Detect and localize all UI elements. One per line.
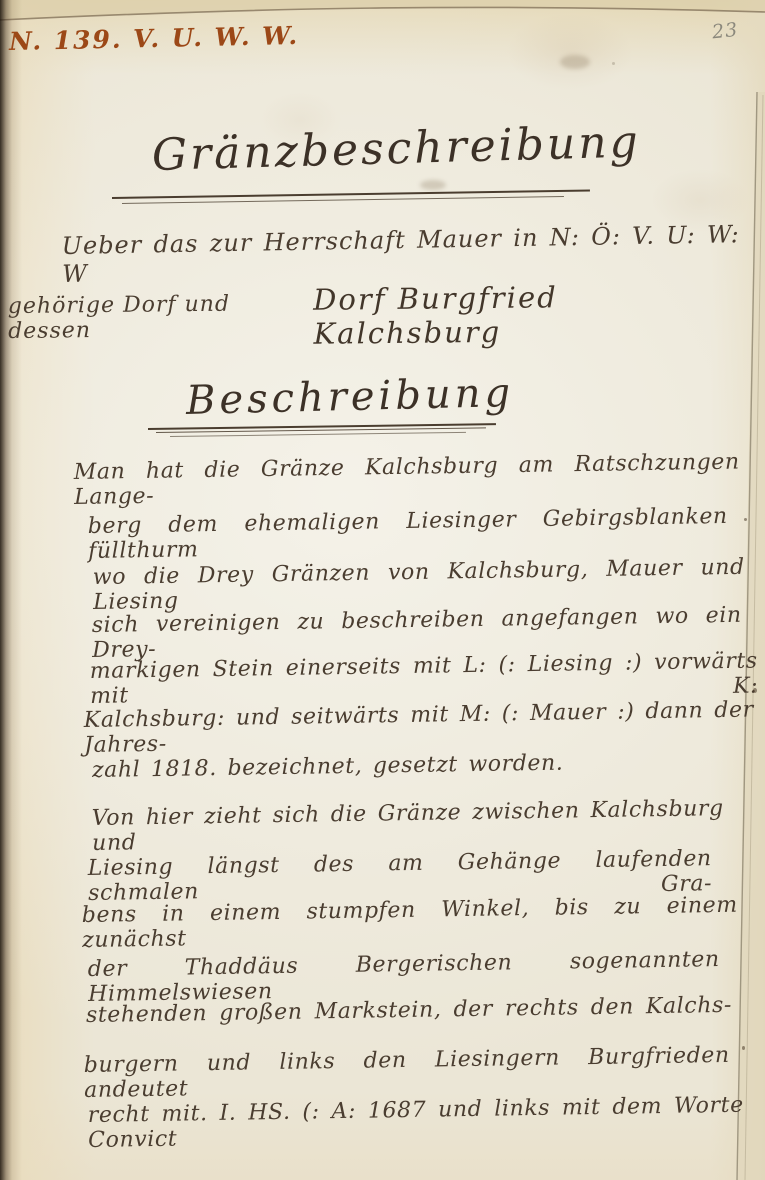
top-page-edge <box>0 0 765 20</box>
intro-line-2: gehörige Dorf und dessen Dorf Burgfried … <box>8 278 747 354</box>
top-edge-line <box>0 7 765 20</box>
binding-shadow <box>0 0 22 1180</box>
paper-stain <box>560 55 590 69</box>
section-heading: Beschreibung <box>185 370 514 424</box>
ink-speck <box>744 518 747 521</box>
body-line: Kalchsburg: und seitwärts mit M: (: Maue… <box>84 697 755 758</box>
body-line: recht mit. I. HS. (: A: 1687 und links m… <box>88 1093 745 1153</box>
heading-underline-3 <box>170 432 466 437</box>
ink-speck <box>753 688 757 693</box>
archival-note: N. 139. V. U. W. W. <box>9 21 300 56</box>
body-line: berg dem ehemaligen Liesinger Gebirgsbla… <box>88 504 729 564</box>
ink-speck <box>742 1046 745 1050</box>
page-number: 23 <box>711 19 739 44</box>
manuscript-page: N. 139. V. U. W. W. 23 Gränzbeschreibung… <box>0 0 765 1180</box>
body-line: bens in einem stumpfen Winkel, bis zu ei… <box>82 893 739 953</box>
ink-speck <box>612 62 615 65</box>
paper-stain <box>420 180 446 190</box>
right-edge-line-2 <box>745 95 763 1180</box>
document-title: Gränzbeschreibung <box>151 119 552 181</box>
intro-line-2-large: Dorf Burgfried Kalchsburg <box>313 278 746 351</box>
body-line: Man hat die Gränze Kalchsburg am Ratschz… <box>74 450 741 510</box>
intro-line-2-small: gehörige Dorf und dessen <box>8 291 314 344</box>
intro-line-1: Ueber das zur Herrschaft Mauer in N: Ö: … <box>62 220 741 288</box>
